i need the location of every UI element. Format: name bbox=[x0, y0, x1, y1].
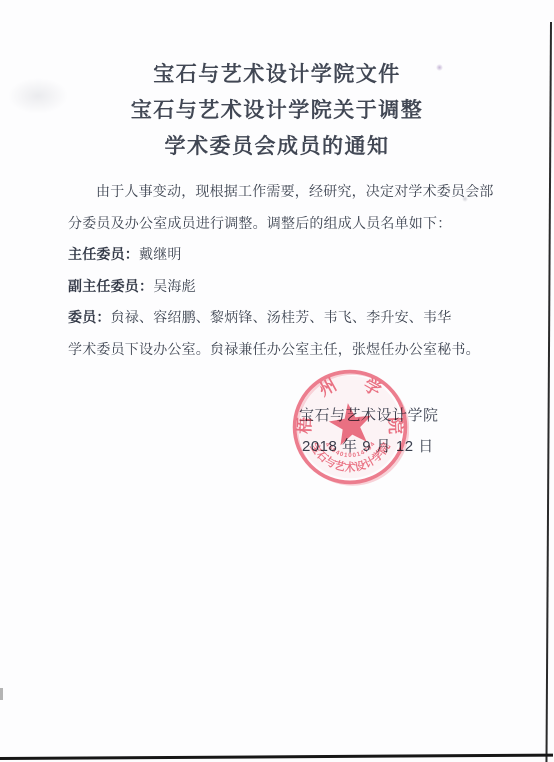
seal-char: 院 bbox=[385, 417, 406, 435]
member-label: 副主任委员： bbox=[68, 278, 153, 294]
paragraph-line: 分委员及办公室成员进行调整。调整后的组成人员名单如下： bbox=[68, 208, 498, 240]
doc-title-line-1: 宝石与艺术设计学院文件 bbox=[0, 57, 554, 93]
seal-char: 梧 bbox=[294, 417, 315, 435]
closing-line: 学术委员下设办公室。贠禄兼任办公室主任，张煜任办公室秘书。 bbox=[68, 334, 498, 366]
member-row: 主任委员：戴继明 bbox=[68, 239, 498, 271]
member-row: 副主任委员：吴海彪 bbox=[68, 271, 498, 303]
doc-body: 由于人事变动，现根据工作需要，经研究，决定对学术委员会部 分委员及办公室成员进行… bbox=[68, 176, 498, 365]
member-value: 贠禄、容绍鹏、黎炳锋、汤桂芳、韦飞、李升安、韦华 bbox=[111, 309, 452, 325]
doc-title: 宝石与艺术设计学院文件 宝石与艺术设计学院关于调整 学术委员会成员的通知 bbox=[0, 57, 554, 165]
doc-title-line-3: 学术委员会成员的通知 bbox=[0, 129, 554, 165]
scanned-page: 宝石与艺术设计学院文件 宝石与艺术设计学院关于调整 学术委员会成员的通知 由于人… bbox=[0, 0, 554, 762]
official-seal-stamp: 梧州学院宝石与艺术设计学院4504010014794 bbox=[291, 368, 409, 486]
doc-title-line-2: 宝石与艺术设计学院关于调整 bbox=[0, 93, 554, 129]
paragraph-line: 由于人事变动，现根据工作需要，经研究，决定对学术委员会部 bbox=[68, 176, 498, 208]
member-label: 委员： bbox=[68, 309, 111, 325]
scan-edge-bottom bbox=[0, 754, 553, 760]
member-value: 吴海彪 bbox=[153, 278, 196, 294]
member-row: 委员：贠禄、容绍鹏、黎炳锋、汤桂芳、韦飞、李升安、韦华 bbox=[68, 302, 498, 334]
scan-smudge bbox=[0, 688, 3, 700]
member-value: 戴继明 bbox=[139, 246, 182, 262]
member-label: 主任委员： bbox=[68, 246, 139, 262]
